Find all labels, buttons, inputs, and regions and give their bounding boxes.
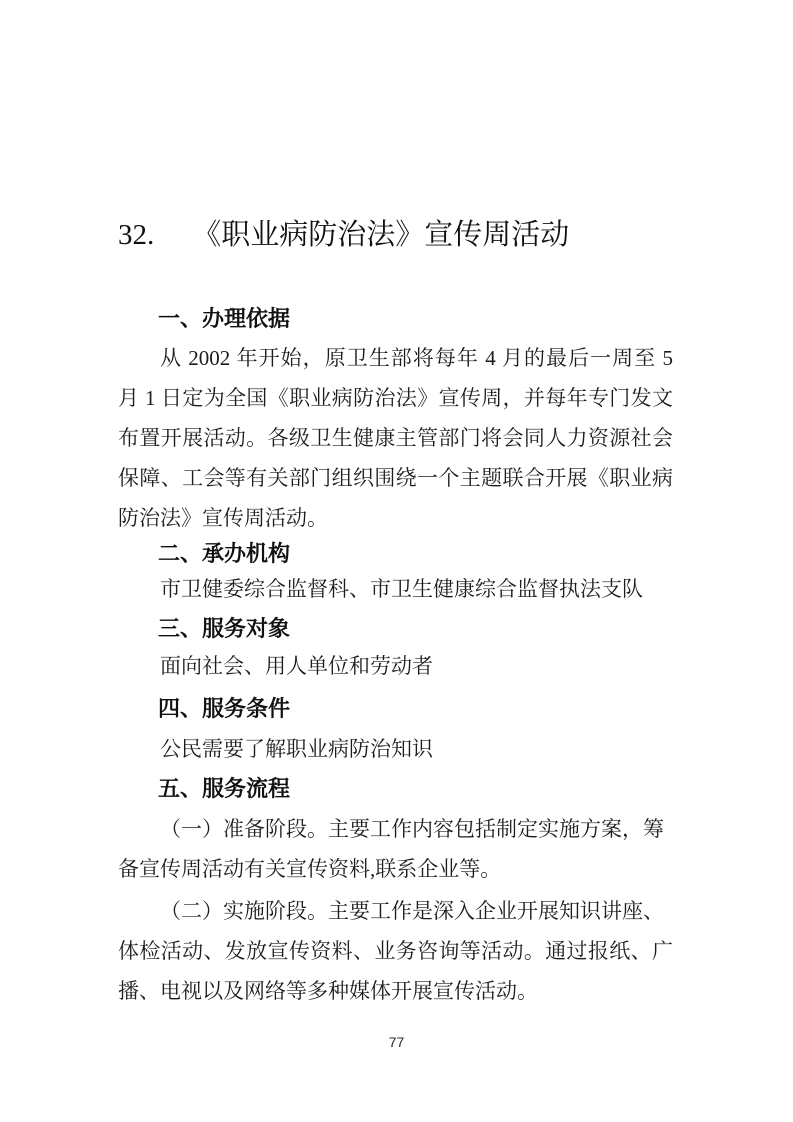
text-line: 备宣传周活动有关宣传资料,联系企业等。 — [118, 849, 673, 889]
title-text: 《职业病防治法》宣传周活动 — [192, 219, 569, 251]
text-line: 从 2002 年开始，原卫生部将每年 4 月的最后一周至 5 — [118, 338, 673, 378]
heading-service-process: 五、服务流程 — [118, 769, 673, 809]
text-line: 公民需要了解职业病防治知识 — [118, 729, 673, 769]
page-title: 32.《职业病防治法》宣传周活动 — [118, 212, 718, 258]
heading-handling-basis: 一、办理依据 — [118, 299, 673, 339]
heading-service-target: 三、服务对象 — [118, 609, 673, 649]
paragraph-implementation-stage: （二）实施阶段。主要工作是深入企业开展知识讲座、 体检活动、发放宣传资料、业务咨… — [118, 891, 673, 1011]
paragraph-service-conditions: 公民需要了解职业病防治知识 — [118, 729, 673, 769]
text-line: 布置开展活动。各级卫生健康主管部门将会同人力资源社会 — [118, 418, 673, 458]
paragraph-undertaking-organization: 市卫健委综合监督科、市卫生健康综合监督执法支队 — [118, 569, 673, 609]
text-line: 面向社会、用人单位和劳动者 — [118, 646, 673, 686]
text-line: （二）实施阶段。主要工作是深入企业开展知识讲座、 — [118, 891, 673, 931]
text-line: （一）准备阶段。主要工作内容包括制定实施方案，筹 — [118, 809, 673, 849]
heading-service-conditions: 四、服务条件 — [118, 689, 673, 729]
paragraph-handling-basis: 从 2002 年开始，原卫生部将每年 4 月的最后一周至 5 月 1 日定为全国… — [118, 338, 673, 538]
text-line: 体检活动、发放宣传资料、业务咨询等活动。通过报纸、广 — [118, 931, 673, 971]
heading-undertaking-organization: 二、承办机构 — [118, 534, 673, 574]
page-number: 77 — [0, 1032, 793, 1052]
text-line: 播、电视以及网络等多种媒体开展宣传活动。 — [118, 971, 673, 1011]
paragraph-preparation-stage: （一）准备阶段。主要工作内容包括制定实施方案，筹 备宣传周活动有关宣传资料,联系… — [118, 809, 673, 889]
text-line: 防治法》宣传周活动。 — [118, 498, 673, 538]
paragraph-service-target: 面向社会、用人单位和劳动者 — [118, 646, 673, 686]
title-number: 32. — [118, 219, 154, 251]
text-line: 月 1 日定为全国《职业病防治法》宣传周，并每年专门发文 — [118, 378, 673, 418]
text-line: 保障、工会等有关部门组织围绕一个主题联合开展《职业病 — [118, 458, 673, 498]
text-line: 市卫健委综合监督科、市卫生健康综合监督执法支队 — [118, 569, 673, 609]
document-page: 32.《职业病防治法》宣传周活动 一、办理依据 从 2002 年开始，原卫生部将… — [0, 0, 793, 1122]
